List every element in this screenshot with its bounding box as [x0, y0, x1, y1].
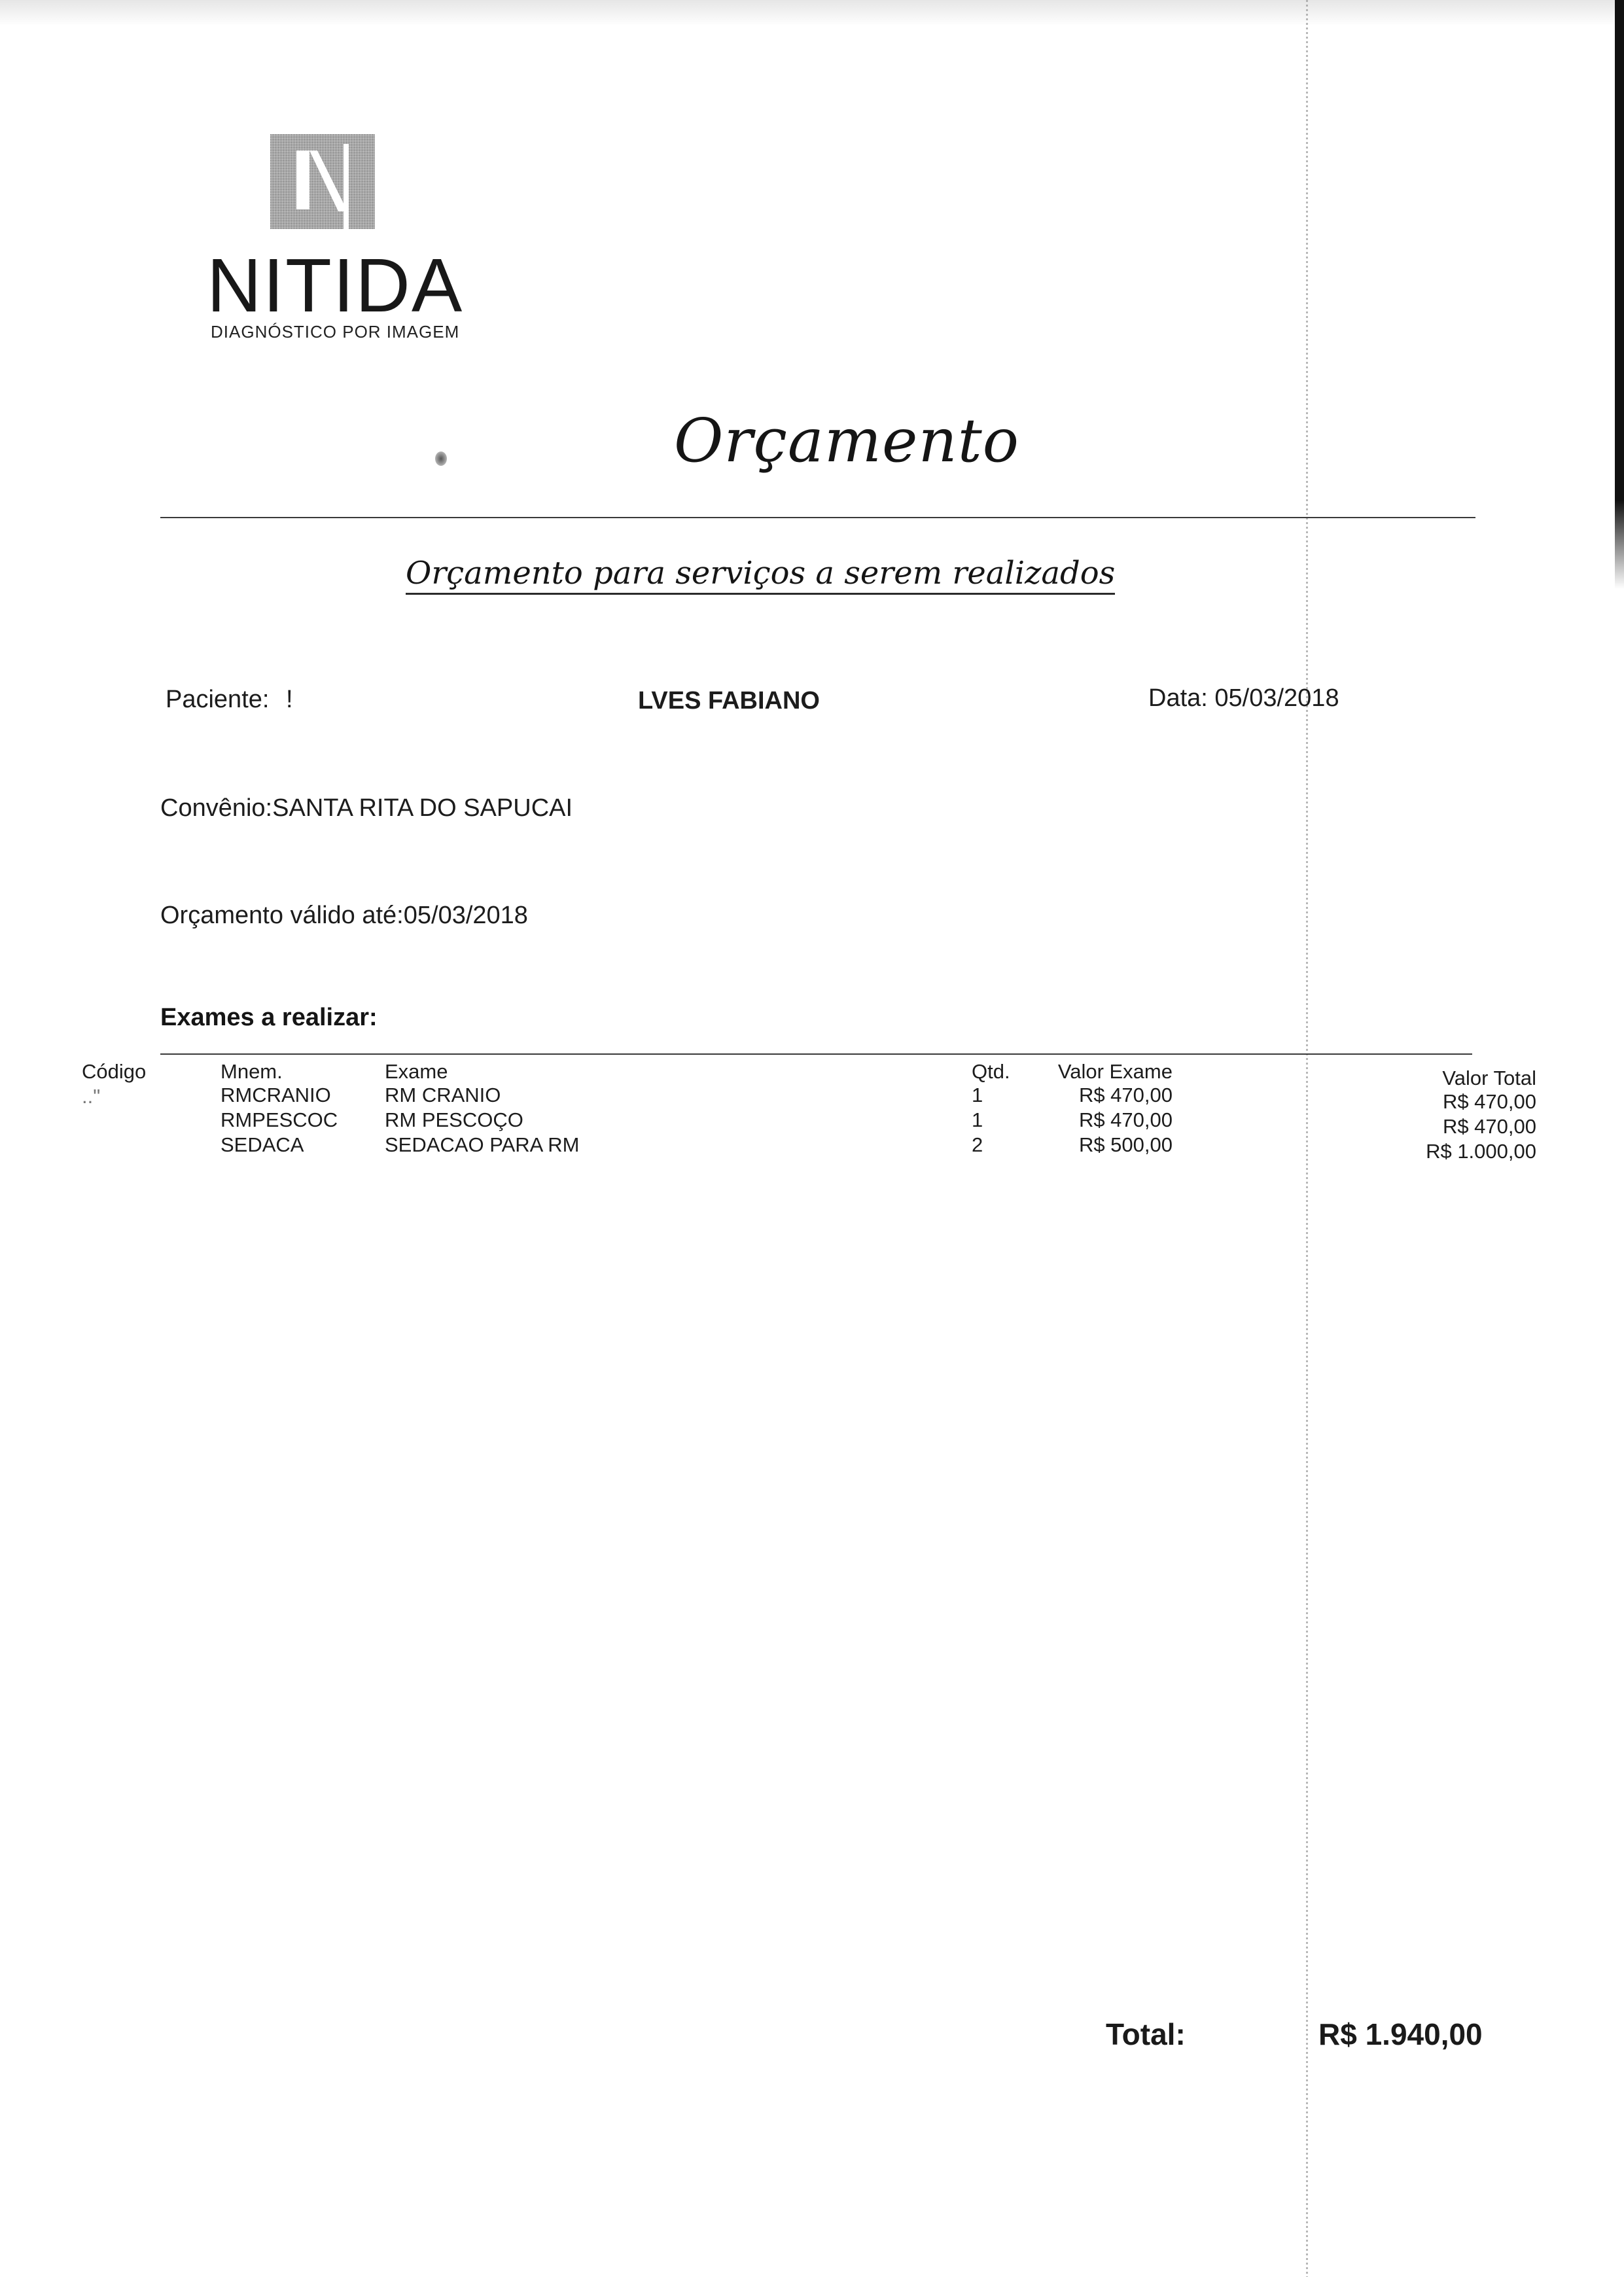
cell-mnem: RMCRANIO: [221, 1082, 331, 1108]
insurance-value: SANTA RITA DO SAPUCAI: [272, 794, 573, 822]
code-fragment: ..": [82, 1084, 100, 1110]
patient-name-fragment: !: [286, 686, 293, 714]
cell-qty: 1: [972, 1107, 983, 1133]
cell-total-value: R$ 1.000,00: [1341, 1138, 1536, 1165]
validity-label: Orçamento válido até:: [160, 902, 404, 929]
validity-value: 05/03/2018: [404, 902, 528, 929]
page-subtitle: Orçamento para serviços a serem realizad…: [406, 555, 1115, 595]
validity-field: Orçamento válido até:05/03/2018: [160, 902, 528, 930]
page-title: Orçamento: [674, 406, 1019, 476]
insurance-field: Convênio:SANTA RITA DO SAPUCAI: [160, 794, 573, 822]
total-label: Total:: [1106, 2017, 1186, 2052]
cell-unit-value: R$ 470,00: [1014, 1082, 1173, 1108]
total-value: R$ 1.940,00: [1318, 2017, 1483, 2052]
patient-name: LVES FABIANO: [638, 687, 820, 715]
n-letter-logo-icon: [270, 134, 375, 229]
date-value: 05/03/2018: [1214, 684, 1339, 712]
scan-speck: [435, 451, 447, 466]
scan-top-shadow: [0, 0, 1624, 26]
cell-qty: 2: [972, 1132, 983, 1158]
date-field: Data: 05/03/2018: [1148, 684, 1339, 713]
scan-edge-strip: [1615, 0, 1624, 589]
table-divider: [160, 1053, 1472, 1055]
cell-exam: RM PESCOÇO: [385, 1107, 523, 1133]
cell-exam: RM CRANIO: [385, 1082, 501, 1108]
cell-mnem: SEDACA: [221, 1132, 304, 1158]
logo-tagline: DIAGNÓSTICO POR IMAGEM: [211, 322, 459, 342]
patient-label: Paciente:: [166, 686, 269, 714]
col-header-exam: Exame: [385, 1059, 448, 1085]
cell-exam: SEDACAO PARA RM: [385, 1132, 579, 1158]
exams-section-title: Exames a realizar:: [160, 1004, 378, 1032]
date-label: Data:: [1148, 684, 1208, 712]
col-header-unit-value: Valor Exame: [1014, 1059, 1173, 1085]
logo-name: NITIDA: [207, 247, 463, 323]
col-header-total-value: Valor Total: [1341, 1065, 1536, 1091]
col-header-qty: Qtd.: [972, 1059, 1010, 1085]
cell-unit-value: R$ 500,00: [1014, 1132, 1173, 1158]
cell-total-value: R$ 470,00: [1341, 1089, 1536, 1115]
cell-total-value: R$ 470,00: [1341, 1114, 1536, 1140]
cell-mnem: RMPESCOC: [221, 1107, 338, 1133]
insurance-label: Convênio:: [160, 794, 272, 822]
divider: [160, 517, 1475, 518]
paper-fold-line: [1306, 0, 1308, 2277]
cell-unit-value: R$ 470,00: [1014, 1107, 1173, 1133]
col-header-mnem: Mnem.: [221, 1059, 283, 1085]
cell-qty: 1: [972, 1082, 983, 1108]
col-header-code: Código: [82, 1059, 146, 1085]
